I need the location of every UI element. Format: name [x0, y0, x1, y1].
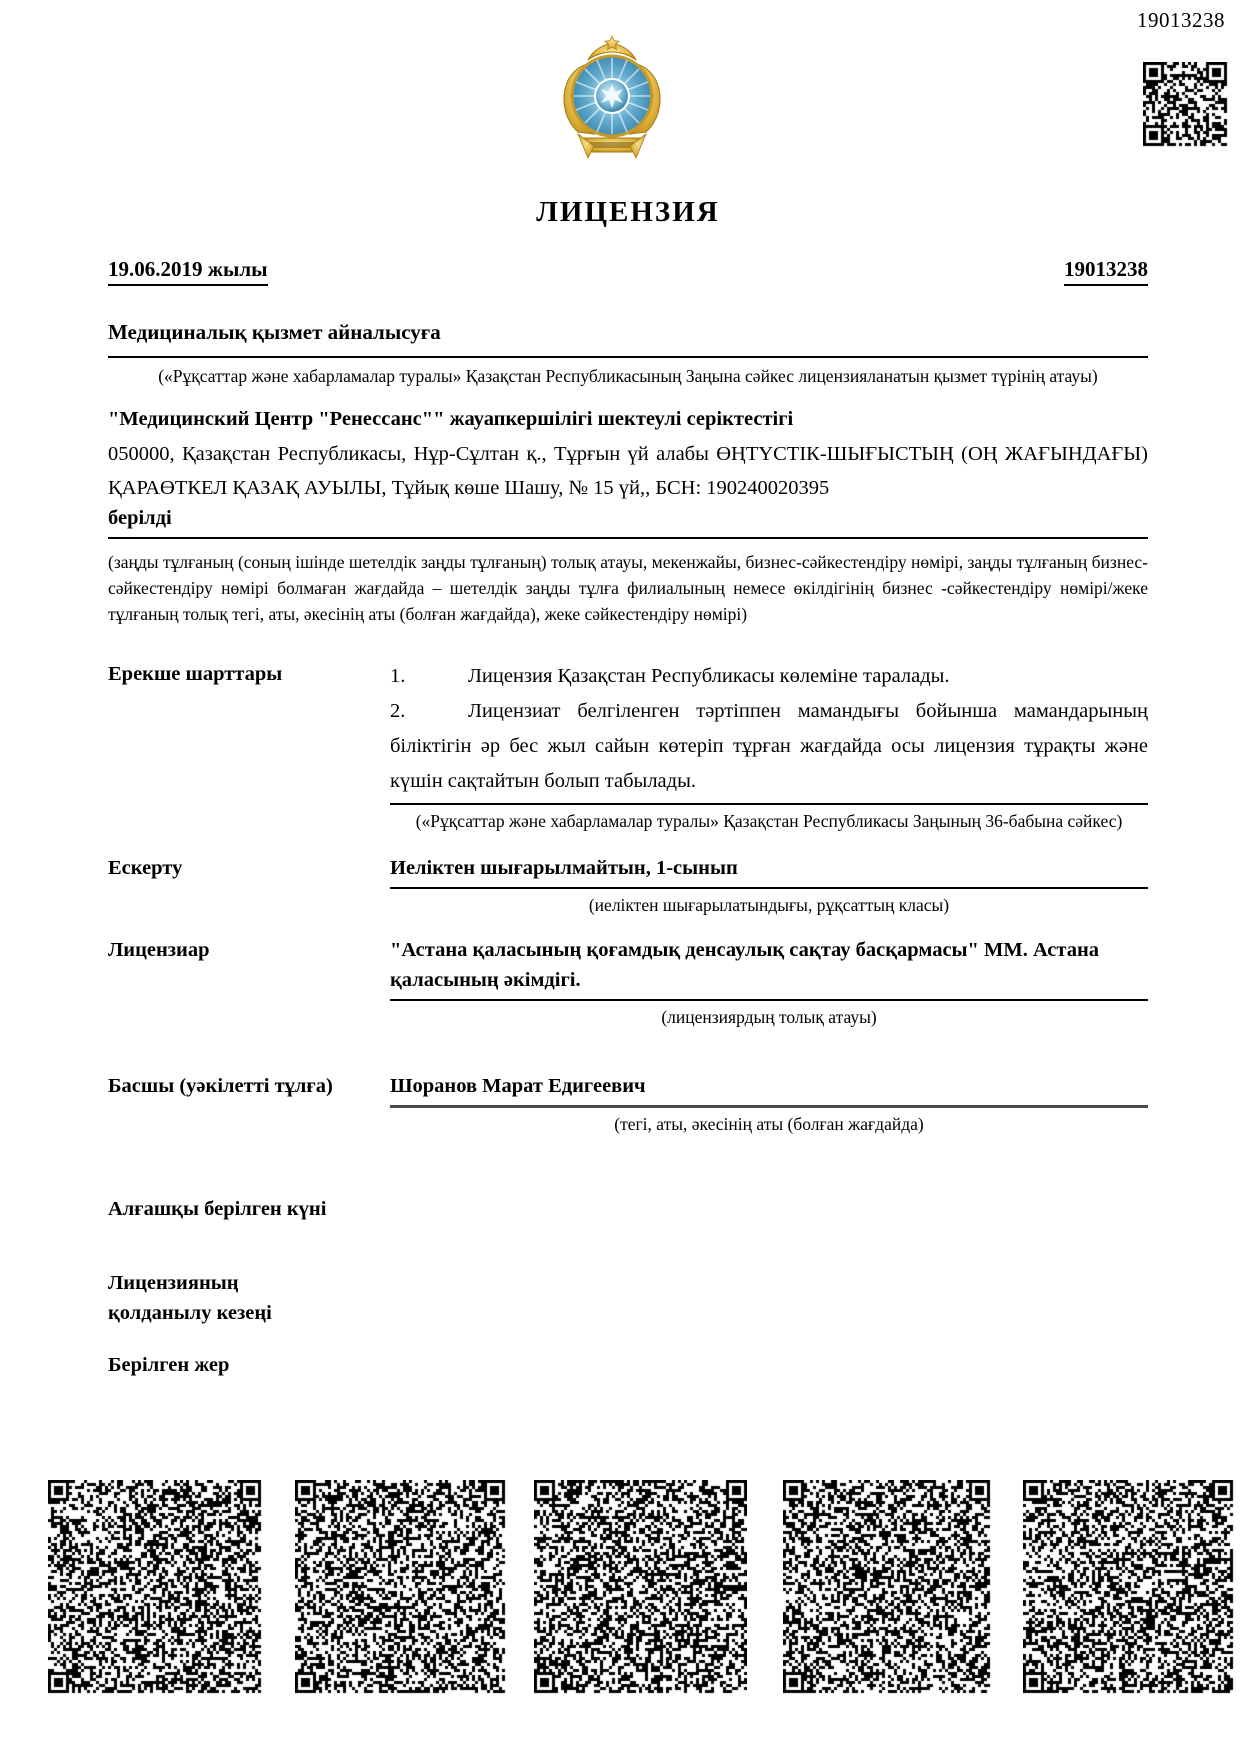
- field-label: Лицензияның қолданылу кезеңі: [108, 1268, 339, 1328]
- issue-date: 19.06.2019 жылы: [108, 257, 268, 286]
- field-licensor: Лицензиар "Астана қаласының қоғамдық ден…: [108, 935, 1148, 1031]
- licensee-name: "Медицинский Центр "Ренессанс"" жауапкер…: [108, 408, 1148, 431]
- activity-heading: Медициналық қызмет айналысуға: [108, 320, 1148, 345]
- divider: [108, 356, 1148, 358]
- field-label: Ескерту: [108, 853, 390, 889]
- special-condition-item: 2.Лицензиат белгіленген тәртіппен маманд…: [390, 694, 1148, 799]
- document-body: ЛИЦЕНЗИЯ 19.06.2019 жылы 19013238 Медици…: [108, 196, 1148, 1380]
- field-first-issue-date: Алғашқы берілген күні: [108, 1194, 1148, 1224]
- licensor-value: "Астана қаласының қоғамдық денсаулық сақ…: [390, 939, 1099, 991]
- special-condition-item: 1.Лицензия Қазақстан Республикасы көлемі…: [390, 659, 1148, 694]
- qr-code-block-5: [1023, 1480, 1234, 1694]
- field-label: Лицензиар: [108, 935, 390, 1001]
- license-number: 19013238: [1064, 257, 1148, 286]
- divider: [390, 887, 1148, 889]
- activity-note: («Рұқсаттар және хабарламалар туралы» Қа…: [108, 363, 1148, 390]
- licensee-address: 050000, Қазақстан Республикасы, Нұр-Сұлт…: [108, 437, 1148, 505]
- field-remark: Ескерту Иеліктен шығарылмайтын, 1-сынып …: [108, 853, 1148, 919]
- head-value: Шоранов Марат Едигеевич: [390, 1075, 646, 1097]
- qr-code-block-3: [534, 1480, 747, 1694]
- field-special-conditions: Ерекше шарттары 1.Лицензия Қазақстан Рес…: [108, 659, 1148, 835]
- kazakhstan-coat-of-arms-icon: [558, 34, 666, 169]
- field-place-of-issue: Берілген жер: [108, 1350, 1148, 1380]
- first-issue-value-empty: [390, 1194, 1148, 1224]
- field-label: Берілген жер: [108, 1350, 390, 1380]
- validity-value-empty: [390, 1268, 1148, 1328]
- condition-text: Лицензия Қазақстан Республикасы көлеміне…: [468, 665, 950, 687]
- licensee-legal-note: (заңды тұлғаның (соның ішінде шетелдік з…: [108, 549, 1148, 627]
- condition-number: 1.: [390, 659, 468, 694]
- field-label: Алғашқы берілген күні: [108, 1194, 390, 1224]
- field-note: (иеліктен шығарылатындығы, рұқсаттың кла…: [390, 892, 1148, 919]
- divider: [390, 1105, 1148, 1108]
- field-validity-period: Лицензияның қолданылу кезеңі: [108, 1268, 1148, 1328]
- divider: [390, 803, 1148, 805]
- field-head: Басшы (уәкілетті тұлға) Шоранов Марат Ед…: [108, 1071, 1148, 1138]
- remark-value: Иеліктен шығарылмайтын, 1-сынып: [390, 857, 738, 879]
- date-number-row: 19.06.2019 жылы 19013238: [108, 257, 1148, 286]
- divider: [390, 999, 1148, 1001]
- license-document-page: 19013238: [0, 0, 1241, 1754]
- field-note: (лицензиярдың толық атауы): [390, 1004, 1148, 1031]
- condition-text: Лицензиат белгіленген тәртіппен мамандығ…: [390, 700, 1148, 792]
- condition-number: 2.: [390, 694, 468, 729]
- document-number-top: 19013238: [1137, 8, 1225, 33]
- page-title: ЛИЦЕНЗИЯ: [108, 196, 1148, 229]
- field-label: Ерекше шарттары: [108, 659, 390, 805]
- qr-code-block-2: [295, 1480, 507, 1694]
- field-note: (тегі, аты, әкесінің аты (болған жағдайд…: [390, 1111, 1148, 1138]
- place-value-empty: [390, 1350, 1148, 1380]
- qr-code-icon: [1143, 62, 1229, 148]
- field-label: Басшы (уәкілетті тұлға): [108, 1071, 390, 1108]
- divider: [108, 537, 1148, 539]
- qr-code-block-4: [783, 1480, 992, 1694]
- qr-code-block-1: [48, 1480, 262, 1694]
- field-note: («Рұқсаттар және хабарламалар туралы» Қа…: [390, 808, 1148, 835]
- issued-word: берілді: [108, 505, 1148, 532]
